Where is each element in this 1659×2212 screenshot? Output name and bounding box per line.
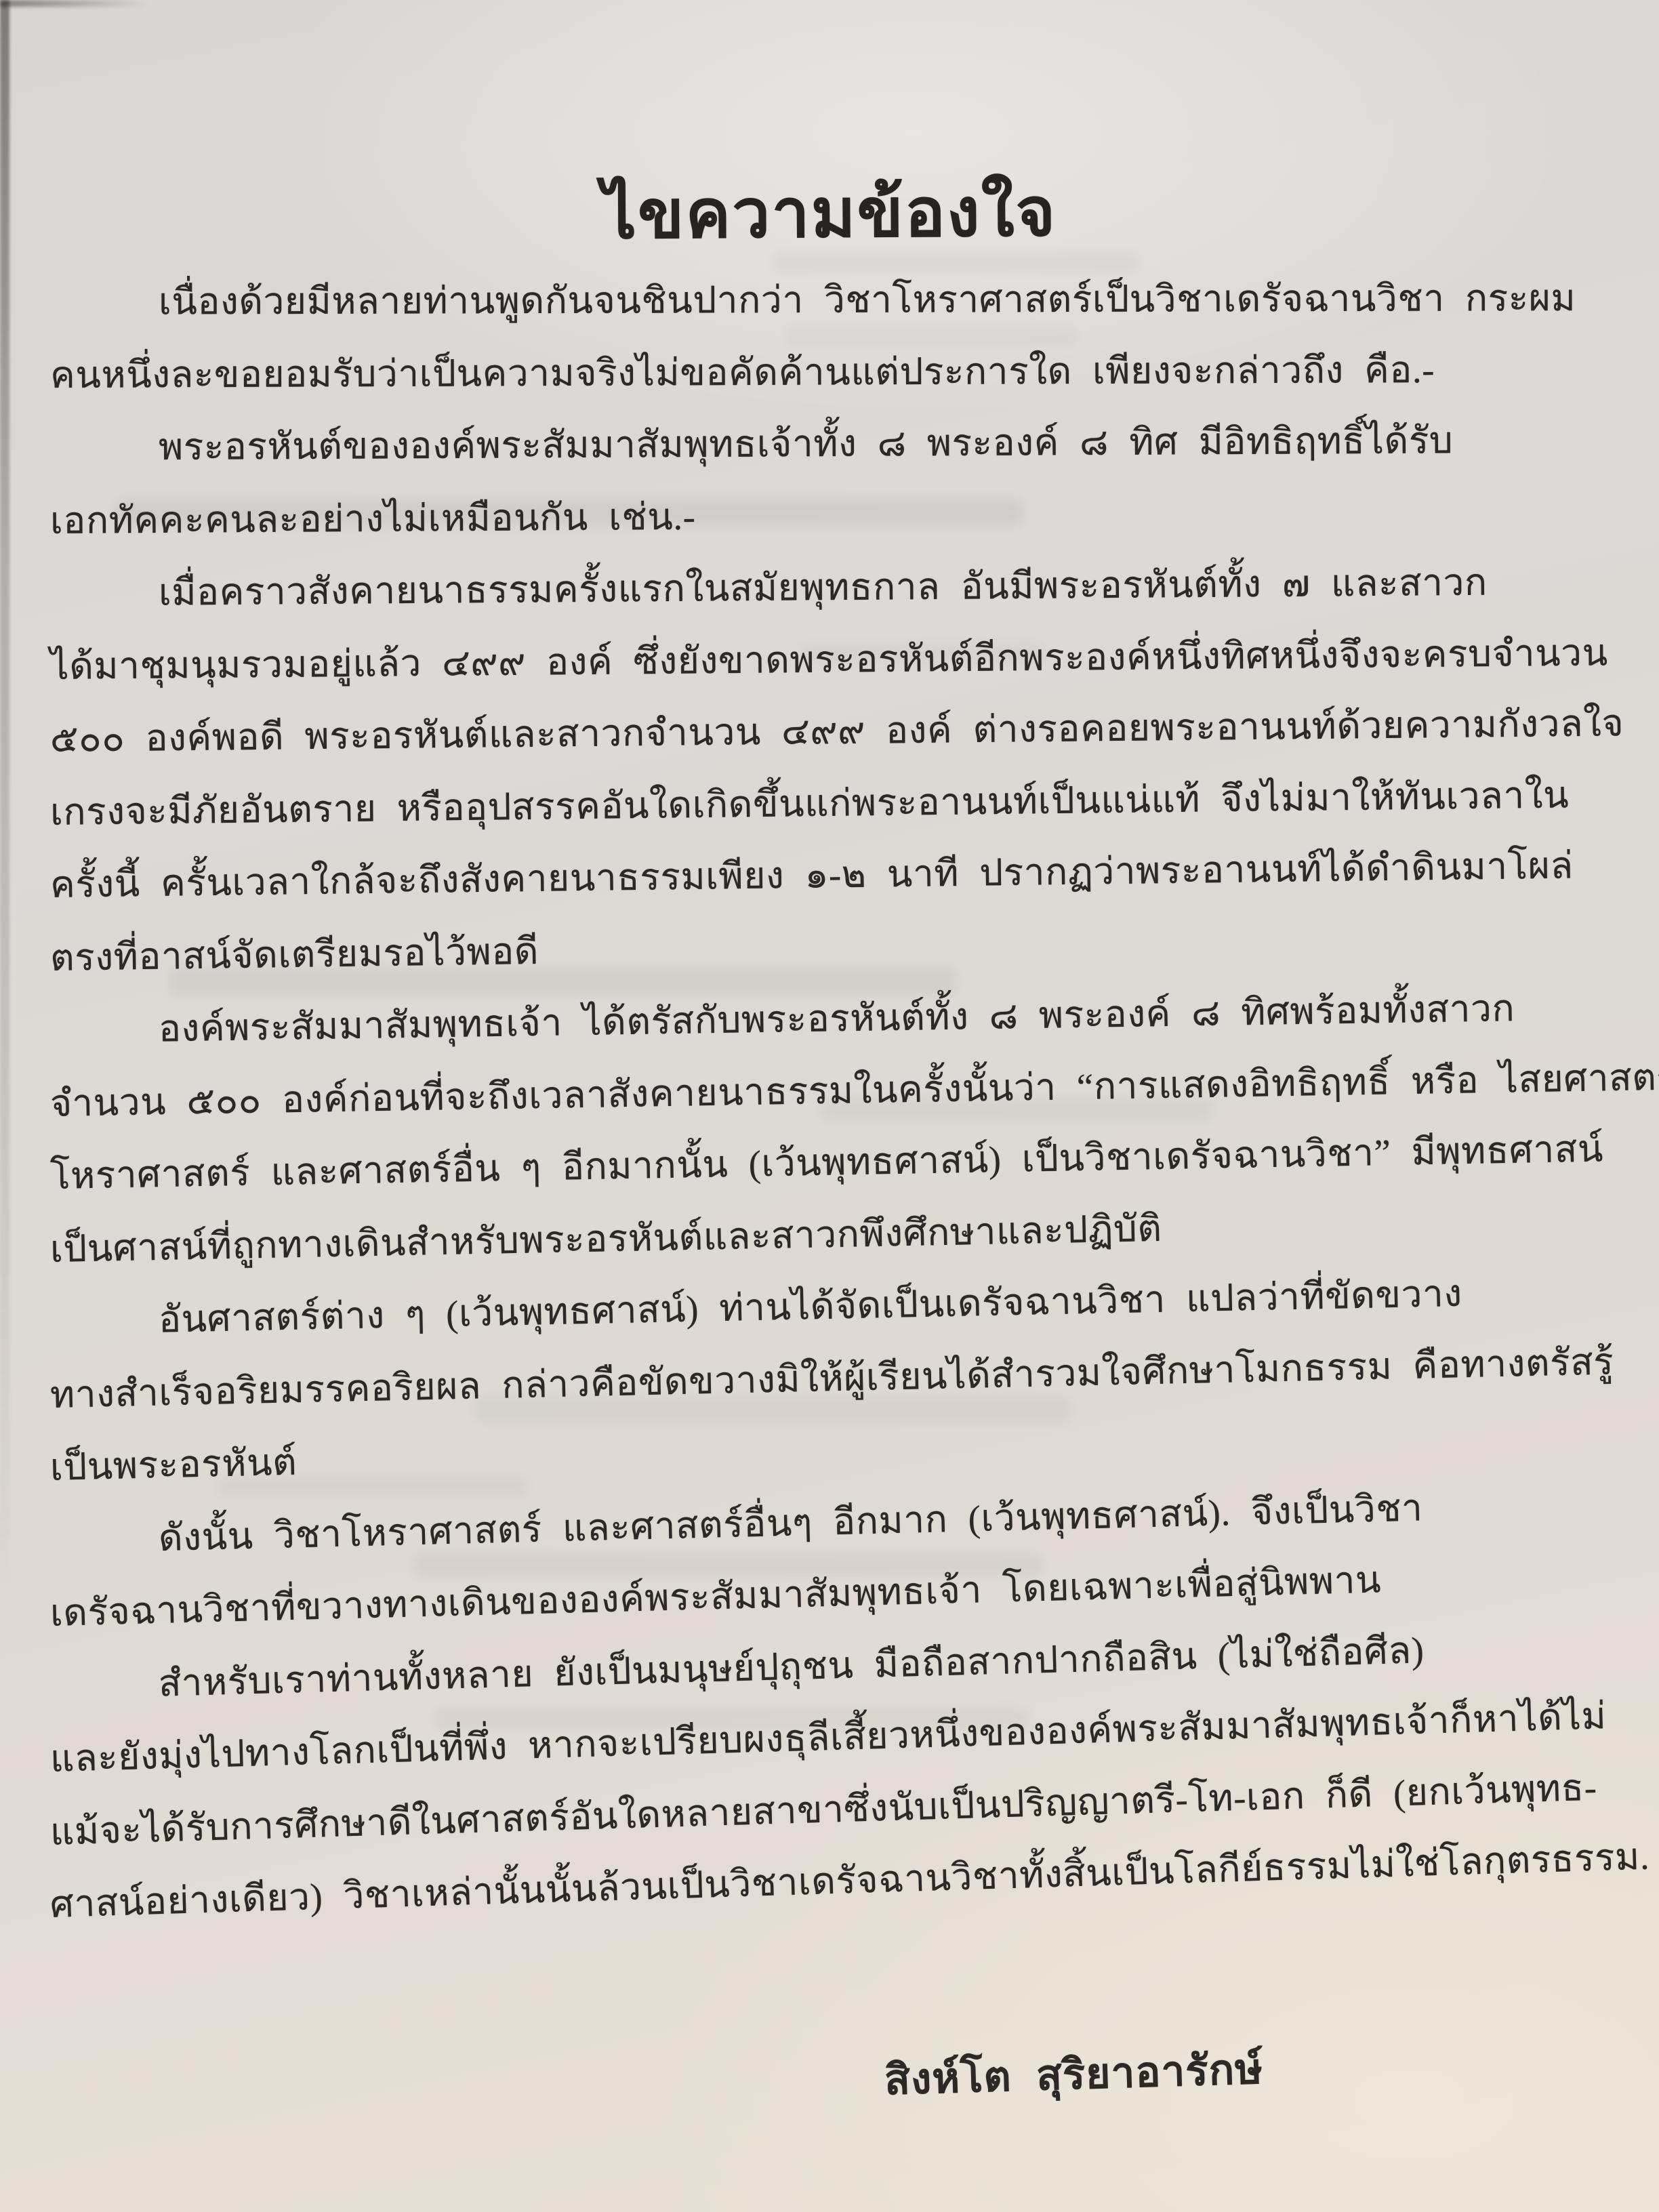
paragraph: เมื่อคราวสังคายนาธรรมครั้งแรกในสมัยพุทธก… <box>50 557 1639 994</box>
text-line: เอกทัคคะคนละอย่างไม่เหมือนกัน เช่น.- <box>50 474 1639 557</box>
photo-edge-shadow-top <box>0 0 149 7</box>
text-line: เนื่องด้วยมีหลายท่านพูดกันจนชินปากว่า วิ… <box>50 262 1639 339</box>
author-signature: สิงห์โต สุริยาอารักษ์ <box>884 2036 1265 2114</box>
paragraph: สำหรับเราท่านทั้งหลาย ยังเป็นมนุษย์ปุถุช… <box>50 1650 1639 1942</box>
text-line: คนหนึ่งละขอยอมรับว่าเป็นความจริงไม่ขอคัด… <box>50 332 1639 411</box>
paragraph: อันศาสตร์ต่าง ๆ (เว้นพุทธศาสน์) ท่านได้จ… <box>50 1286 1639 1504</box>
page-title: ไขความข้องใจ <box>0 155 1659 272</box>
paragraph: เนื่องด้วยมีหลายท่านพูดกันจนชินปากว่า วิ… <box>50 266 1639 411</box>
text-line: เมื่อคราวสังคายนาธรรมครั้งแรกในสมัยพุทธก… <box>50 545 1639 630</box>
text-line: พระอรหันต์ขององค์พระสัมมาสัมพุทธเจ้าทั้ง… <box>50 403 1639 485</box>
body-text: เนื่องด้วยมีหลายท่านพูดกันจนชินปากว่า วิ… <box>50 266 1639 1942</box>
paragraph: พระอรหันต์ขององค์พระสัมมาสัมพุทธเจ้าทั้ง… <box>50 411 1639 557</box>
paragraph: องค์พระสัมมาสัมพุทธเจ้า ได้ตรัสกับพระอรห… <box>50 994 1639 1286</box>
scanned-page: ไขความข้องใจ เนื่องด้วยมีหลายท่านพูดกันจ… <box>0 0 1659 2212</box>
